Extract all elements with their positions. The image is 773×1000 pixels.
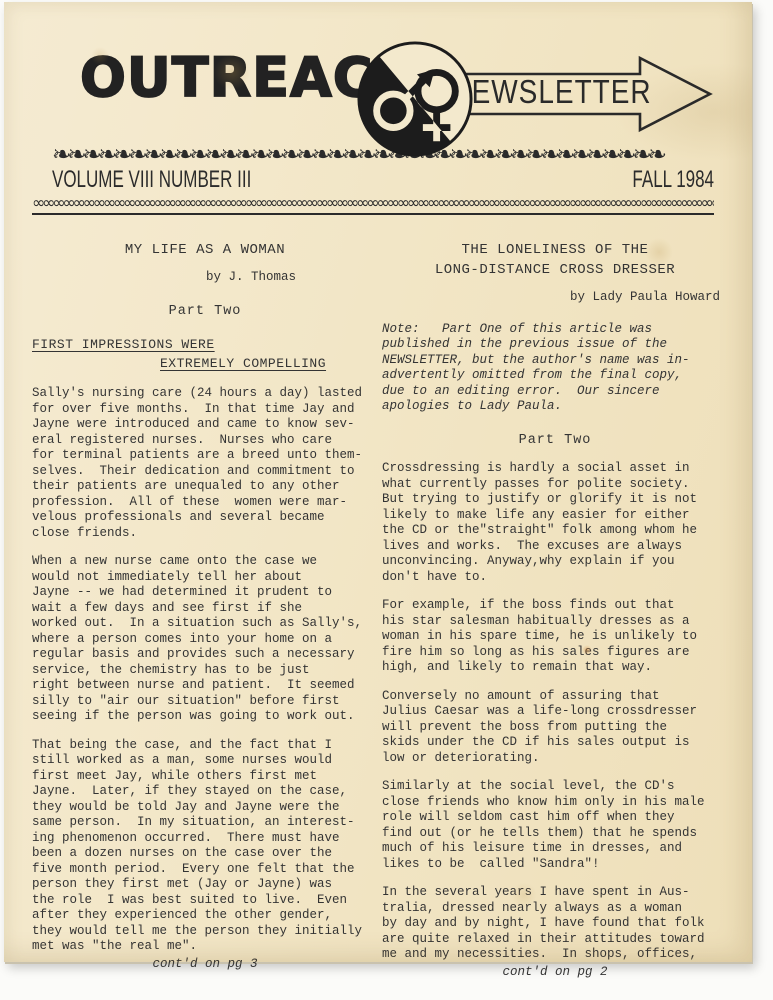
issue-date: FALL 1984 (632, 167, 714, 193)
body-paragraph: Sally's nursing care (24 hours a day) la… (32, 386, 378, 541)
right-arrow-banner-icon: NEWSLETTER (456, 54, 714, 134)
body-paragraph: Crossdressing is hardly a social asset i… (382, 461, 728, 585)
body-paragraph: When a new nurse came onto the case we w… (32, 554, 378, 725)
continuation-note: cont'd on pg 3 (32, 957, 378, 973)
banner-label: NEWSLETTER (456, 73, 652, 111)
article-byline: by J. Thomas (32, 270, 378, 286)
rope-divider (32, 194, 714, 215)
article-my-life-as-a-woman: MY LIFE AS A WOMAN by J. Thomas Part Two… (32, 220, 378, 972)
part-heading: Part Two (32, 304, 378, 320)
part-heading: Part Two (382, 433, 728, 449)
article-byline: by Lady Paula Howard (382, 290, 728, 306)
section-heading-line2: EXTREMELY COMPELLING (160, 354, 378, 373)
article-loneliness-cross-dresser: THE LONELINESS OF THE LONG-DISTANCE CROS… (382, 220, 728, 980)
article-title: THE LONELINESS OF THE LONG-DISTANCE CROS… (382, 240, 728, 280)
body-paragraph: In the several years I have spent in Aus… (382, 885, 728, 963)
body-paragraph: Similarly at the social level, the CD's … (382, 779, 728, 872)
body-paragraph: That being the case, and the fact that I… (32, 738, 378, 955)
editor-note: Note: Part One of this article was publi… (382, 322, 728, 415)
continuation-note: cont'd on pg 2 (382, 965, 728, 981)
issue-info-row: VOLUME VIII NUMBER III FALL 1984 (52, 167, 714, 193)
volume-number: VOLUME VIII NUMBER III (52, 167, 251, 193)
section-heading-line1: FIRST IMPRESSIONS WERE (32, 335, 378, 354)
article-title-line2: LONG-DISTANCE CROSS DRESSER (435, 262, 675, 278)
article-title: MY LIFE AS A WOMAN (32, 240, 378, 260)
newsletter-arrow-banner: NEWSLETTER (456, 54, 714, 134)
article-title-line1: THE LONELINESS OF THE (462, 242, 649, 258)
section-heading: FIRST IMPRESSIONS WERE EXTREMELY COMPELL… (32, 335, 378, 373)
body-paragraph: Conversely no amount of assuring that Ju… (382, 689, 728, 767)
body-paragraph: For example, if the boss finds out that … (382, 598, 728, 676)
newsletter-page: OUTREACH NEWSLETTER (4, 2, 752, 962)
gender-symbols-logo-icon (356, 40, 474, 158)
